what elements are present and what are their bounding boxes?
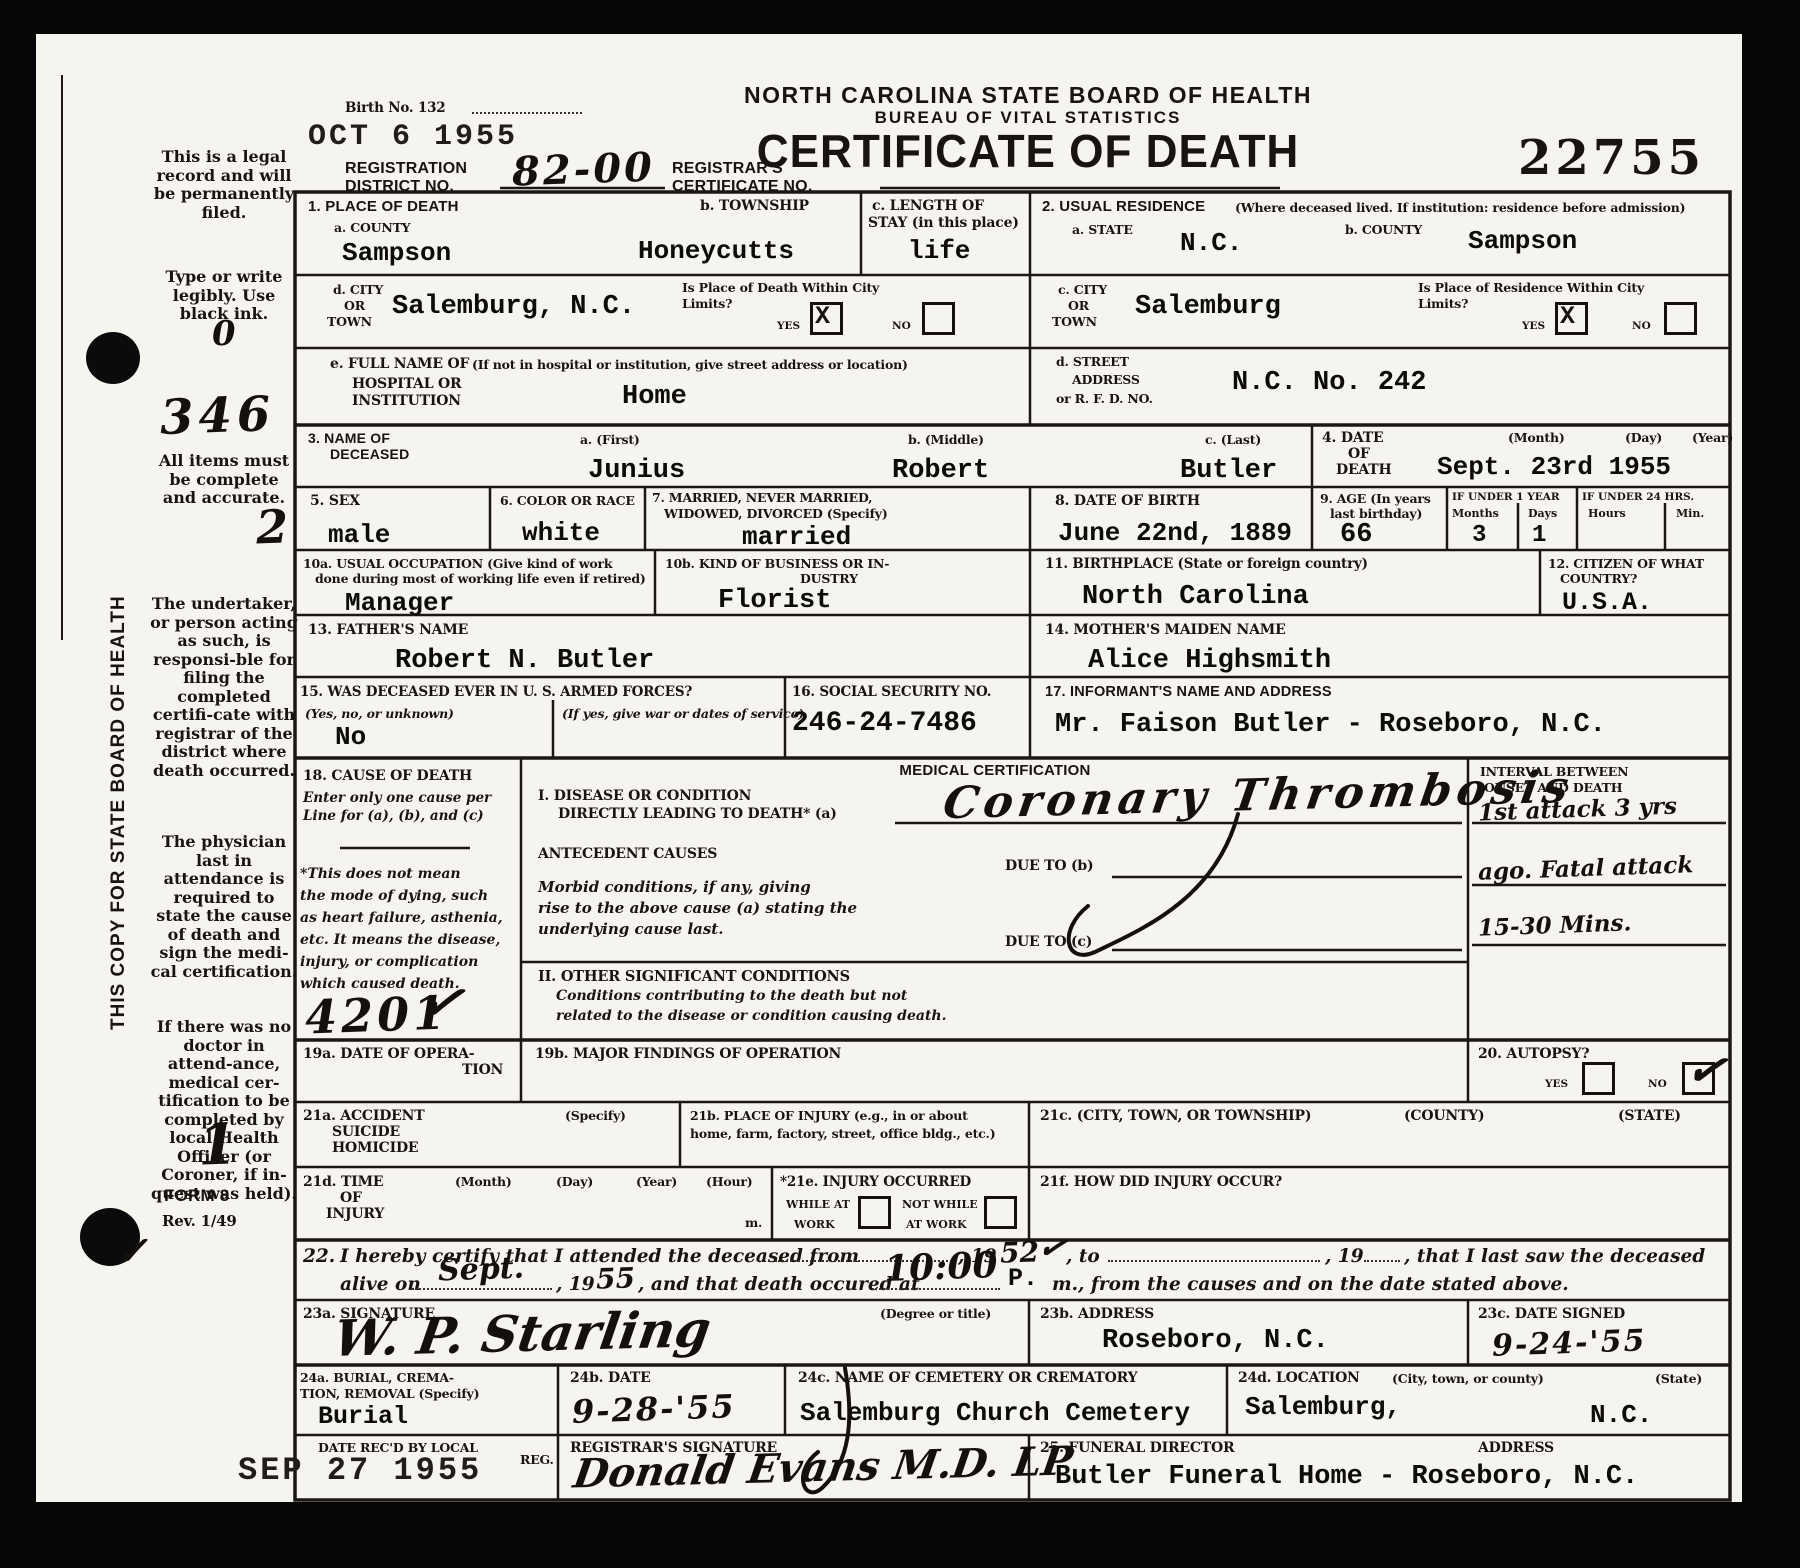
first-name-label: a. (First) (580, 432, 640, 447)
death-limits-question2: Limits? (682, 296, 732, 311)
street-label2: ADDRESS (1072, 372, 1140, 387)
last-name-label: c. (Last) (1205, 432, 1261, 447)
residence-limits-yes-mark: X (1560, 302, 1575, 331)
hospital-label: e. FULL NAME OF (330, 356, 469, 372)
first-name-value: Junius (588, 456, 685, 486)
name-of-deceased-label2: DECEASED (330, 446, 409, 462)
under-24-hrs-label: IF UNDER 24 HRS. (1582, 491, 1694, 503)
armed-forces-sub1: (Yes, no, or unknown) (305, 706, 454, 721)
location-state-value: N.C. (1590, 1400, 1652, 1430)
address-label: 23b. ADDRESS (1040, 1306, 1154, 1322)
city-label2: OR (344, 298, 365, 313)
citizen-value: U.S.A. (1562, 588, 1652, 617)
cause-note2-line: the mode of dying, such (300, 888, 488, 904)
accident-label: 21a. ACCIDENT (303, 1108, 424, 1124)
sex-value: male (328, 520, 390, 550)
registrar-cert-label2: CERTIFICATE NO. (672, 178, 812, 196)
residence-city-label2: OR (1068, 298, 1089, 313)
registration-district-label2: DISTRICT NO. (345, 178, 454, 196)
township-label: b. TOWNSHIP (700, 198, 809, 214)
armed-forces-value: No (335, 722, 366, 752)
cause-note1: Enter only one cause per (303, 790, 491, 806)
length-of-stay-label: c. LENGTH OF (872, 198, 984, 214)
marital-label2: WIDOWED, DIVORCED (Specify) (664, 506, 888, 521)
certify-time-handwritten: 10:00 (883, 1244, 998, 1290)
margin-handwritten-346: 346 (159, 386, 276, 446)
certify-text-9: m., from the causes and on the date stat… (1052, 1274, 1569, 1295)
homicide-label: HOMICIDE (332, 1140, 418, 1156)
time-of-injury-label2: OF (340, 1190, 362, 1206)
certify-text-6: alive on (340, 1274, 421, 1295)
residence-county-value: Sampson (1468, 226, 1577, 256)
age-value: 66 (1340, 520, 1372, 550)
birthplace-value: North Carolina (1082, 582, 1309, 612)
father-name-label: 13. FATHER'S NAME (308, 622, 468, 638)
cause-code-checkmark: ✓ (416, 969, 468, 1035)
morbid-note-line: Morbid conditions, if any, giving (538, 878, 811, 896)
length-of-stay-value: life (908, 236, 970, 266)
certify-text-5: , that I last saw the deceased (1404, 1246, 1705, 1267)
informant-value: Mr. Faison Butler - Roseboro, N.C. (1055, 710, 1606, 740)
death-limits-no-checkbox (922, 302, 955, 335)
usual-residence-note: (Where deceased lived. If institution: r… (1235, 200, 1685, 215)
hospital-note: (If not in hospital or institution, give… (472, 357, 908, 372)
residence-limits-yes-label: YES (1522, 320, 1545, 332)
residence-state-value: N.C. (1180, 228, 1242, 258)
injury-city-label: 21c. (CITY, TOWN, OR TOWNSHIP) (1040, 1108, 1311, 1124)
autopsy-label: 20. AUTOPSY? (1478, 1046, 1589, 1062)
date-received-label2: REG. (520, 1452, 554, 1467)
business-label2: DUSTRY (800, 571, 858, 586)
date-of-birth-label: 8. DATE OF BIRTH (1055, 493, 1200, 509)
citizen-label: 12. CITIZEN OF WHAT (1548, 556, 1704, 571)
length-of-stay-label2: STAY (in this place) (868, 215, 1019, 231)
burial-value: Burial (318, 1402, 408, 1431)
hospital-value: Home (622, 382, 687, 412)
board-title: NORTH CAROLINA STATE BOARD OF HEALTH (744, 82, 1312, 109)
date-of-death-value: Sept. 23rd 1955 (1437, 452, 1671, 482)
middle-name-label: b. (Middle) (908, 432, 984, 447)
residence-limits-question2: Limits? (1418, 296, 1468, 311)
informant-label: 17. INFORMANT'S NAME AND ADDRESS (1045, 684, 1332, 700)
interval-handwritten-line: 15-30 Mins. (1478, 909, 1632, 941)
margin-checkmark: ✓ (115, 1227, 148, 1273)
name-of-deceased-label: 3. NAME OF (308, 430, 390, 446)
punch-hole (86, 332, 140, 384)
while-at-work-label2: WORK (794, 1218, 835, 1231)
certificate-number: 22755 (1518, 130, 1705, 186)
morbid-note-line: rise to the above cause (a) stating the (538, 899, 857, 917)
certify-year-handwritten: 55 (595, 1261, 635, 1295)
margin-vertical-text: THIS COPY FOR STATE BOARD OF HEALTH (108, 600, 130, 1030)
major-findings-label: 19b. MAJOR FINDINGS OF OPERATION (535, 1046, 841, 1062)
marital-value: married (742, 522, 851, 552)
residence-city-value: Salemburg (1135, 292, 1281, 322)
cemetery-label: 24c. NAME OF CEMETERY OR CREMATORY (798, 1370, 1137, 1386)
location-state-note: (State) (1655, 1371, 1702, 1386)
mother-name-value: Alice Highsmith (1088, 646, 1331, 676)
days-value: 1 (1532, 522, 1546, 549)
form-revision: Rev. 1/49 (162, 1212, 237, 1230)
cause-note1b: Line for (a), (b), and (c) (303, 808, 484, 824)
handwriting-flourish (803, 814, 1238, 1492)
specify-label: (Specify) (565, 1108, 626, 1123)
funeral-director-label: 25. FUNERAL DIRECTOR (1040, 1440, 1234, 1456)
residence-state-label: a. STATE (1072, 222, 1133, 237)
residence-limits-question: Is Place of Residence Within City (1418, 280, 1644, 295)
death-limits-yes-mark: X (815, 302, 830, 331)
cause-note2-line: etc. It means the disease, (300, 932, 500, 948)
how-injury-occurred-label: 21f. HOW DID INJURY OCCUR? (1040, 1174, 1282, 1190)
degree-or-title-label: (Degree or title) (880, 1306, 991, 1321)
township-value: Honeycutts (638, 236, 794, 266)
certify-number: 22. (303, 1246, 335, 1267)
days-label: Days (1528, 507, 1557, 520)
occupation-value: Manager (345, 588, 454, 618)
antecedent-label: ANTECEDENT CAUSES (538, 846, 717, 862)
registration-district-label: REGISTRATION (345, 160, 467, 178)
certify-blank-year (1364, 1246, 1400, 1262)
injury-occurred-label: *21e. INJURY OCCURRED (780, 1174, 971, 1190)
county-value: Sampson (342, 238, 451, 268)
birth-no-blank (472, 98, 582, 114)
cause-note2-line: injury, or complication (300, 954, 478, 970)
margin-handwritten-2: 2 (255, 499, 289, 554)
injury-m-label: m. (745, 1215, 762, 1230)
min-label: Min. (1676, 507, 1704, 520)
disease-label2: DIRECTLY LEADING TO DEATH* (a) (558, 806, 837, 822)
due-to-b-label: DUE TO (b) (1005, 858, 1093, 874)
marital-label: 7. MARRIED, NEVER MARRIED, (652, 490, 872, 505)
last-name-value: Butler (1180, 456, 1277, 486)
margin-handwritten-zero: 0 (211, 314, 236, 355)
other-conditions-note: Conditions contributing to the death but… (556, 988, 907, 1004)
cause-note2-line: as heart failure, asthenia, (300, 910, 503, 926)
location-note: (City, town, or county) (1392, 1371, 1544, 1386)
burial-date-label: 24b. DATE (570, 1370, 651, 1386)
while-at-work-label: WHILE AT (786, 1198, 850, 1211)
morbid-note-line: underlying cause last. (538, 920, 723, 938)
street-label3: or R. F. D. NO. (1056, 391, 1153, 406)
injury-year-label: (Year) (636, 1174, 677, 1189)
hours-label: Hours (1588, 507, 1626, 520)
location-value: Salemburg, (1245, 1392, 1401, 1422)
residence-limits-no-checkbox (1664, 302, 1697, 335)
occupation-label2: done during most of working life even if… (315, 571, 646, 586)
death-limits-yes-label: YES (777, 320, 800, 332)
place-of-death-label: 1. PLACE OF DEATH (308, 198, 459, 215)
residence-county-label: b. COUNTY (1345, 222, 1422, 237)
date-of-operation-label: 19a. DATE OF OPERA- (303, 1046, 474, 1062)
injury-county-label: (COUNTY) (1404, 1108, 1484, 1124)
funeral-director-value: Butler Funeral Home - Roseboro, N.C. (1055, 1462, 1638, 1492)
physician-signature: W. P. Starling (330, 1299, 715, 1368)
location-label: 24d. LOCATION (1238, 1370, 1360, 1386)
autopsy-yes-label: YES (1545, 1078, 1568, 1090)
certify-text-3: , to (1066, 1246, 1100, 1267)
injury-month-label: (Month) (455, 1174, 512, 1189)
not-while-at-work-label2: AT WORK (906, 1218, 967, 1231)
date-of-death-label3: DEATH (1336, 462, 1392, 478)
father-name-value: Robert N. Butler (395, 646, 654, 676)
residence-city-label: c. CITY (1058, 282, 1107, 297)
cause-of-death-label: 18. CAUSE OF DEATH (303, 768, 472, 784)
other-conditions-note2: related to the disease or condition caus… (556, 1008, 946, 1024)
due-to-c-label: DUE TO (c) (1005, 934, 1092, 950)
business-value: Florist (718, 586, 831, 616)
certify-blank-to (1108, 1246, 1320, 1262)
page-title: CERTIFICATE OF DEATH (757, 124, 1300, 178)
armed-forces-sub2: (If yes, give war or dates of service) (562, 706, 804, 721)
street-label: d. STREET (1056, 354, 1129, 369)
birth-no-label: Birth No. 132 (345, 100, 446, 116)
district-no-value: 82-00 (511, 144, 655, 196)
date-of-birth-value: June 22nd, 1889 (1058, 518, 1292, 548)
date-of-death-label2: OF (1348, 446, 1370, 462)
date-signed-value: 9-24-'55 (1491, 1323, 1647, 1363)
city-label3: TOWN (327, 314, 372, 329)
mother-name-label: 14. MOTHER'S MAIDEN NAME (1045, 622, 1286, 638)
date-signed-label: 23c. DATE SIGNED (1478, 1306, 1625, 1322)
certify-text-4: , 19 (1325, 1246, 1364, 1267)
funeral-address-label: ADDRESS (1478, 1440, 1554, 1456)
disease-label: I. DISEASE OR CONDITION (538, 788, 751, 804)
birthplace-label: 11. BIRTHPLACE (State or foreign country… (1045, 556, 1368, 572)
death-limits-question: Is Place of Death Within City (682, 280, 879, 295)
margin-handwritten-1: 1 (197, 1111, 238, 1178)
residence-city-label3: TOWN (1052, 314, 1097, 329)
hospital-label2: HOSPITAL OR (352, 376, 461, 392)
months-value: 3 (1472, 522, 1486, 549)
form-number: FORM 8 (164, 1186, 229, 1206)
not-while-at-work-checkbox (984, 1196, 1017, 1229)
burial-label2: TION, REMOVAL (Specify) (300, 1386, 479, 1401)
interval-label2: ONSET AND DEATH (1484, 780, 1622, 795)
age-label: 9. AGE (In years (1320, 491, 1431, 506)
time-of-injury-label3: INJURY (326, 1206, 384, 1222)
injury-day-label: (Day) (556, 1174, 593, 1189)
residence-limits-no-label: NO (1632, 320, 1651, 332)
burial-label: 24a. BURIAL, CREMA- (300, 1370, 454, 1385)
cemetery-value: Salemburg Church Cemetery (800, 1398, 1190, 1428)
citizen-label2: COUNTRY? (1560, 571, 1637, 586)
certify-month-handwritten: Sept. (437, 1251, 524, 1289)
date-of-death-label: 4. DATE (1322, 430, 1383, 446)
received-date-stamp: OCT 6 1955 (308, 120, 518, 154)
burial-date-value: 9-28-'55 (571, 1387, 736, 1431)
sex-label: 5. SEX (310, 493, 360, 509)
cause-note2-line: *This does not mean (300, 866, 461, 882)
ssn-label: 16. SOCIAL SECURITY NO. (792, 684, 991, 700)
other-conditions-label: II. OTHER SIGNIFICANT CONDITIONS (538, 968, 850, 985)
armed-forces-label: 15. WAS DECEASED EVER IN U. S. ARMED FOR… (300, 684, 692, 700)
under-1-year-label: IF UNDER 1 YEAR (1452, 491, 1560, 503)
ssn-value: 246-24-7486 (792, 708, 977, 739)
hospital-label3: INSTITUTION (352, 393, 461, 409)
death-limits-no-label: NO (892, 320, 911, 332)
place-of-injury-label2: home, farm, factory, street, office bldg… (690, 1126, 995, 1141)
death-year-label: (Year) (1692, 430, 1733, 445)
autopsy-no-label: NO (1648, 1078, 1667, 1090)
injury-state-label: (STATE) (1618, 1108, 1681, 1124)
interval-label: INTERVAL BETWEEN (1480, 764, 1628, 779)
not-while-at-work-label: NOT WHILE (902, 1198, 978, 1211)
place-of-injury-label: 21b. PLACE OF INJURY (e.g., in or about (690, 1108, 968, 1123)
occupation-label: 10a. USUAL OCCUPATION (Give kind of work (303, 556, 612, 571)
margin-physician-note: The physician last in attendance is requ… (150, 833, 298, 981)
injury-hour-label: (Hour) (706, 1174, 752, 1189)
while-at-work-checkbox (858, 1196, 891, 1229)
race-value: white (522, 518, 600, 548)
middle-name-value: Robert (892, 456, 989, 486)
address-value: Roseboro, N.C. (1102, 1326, 1329, 1356)
date-of-operation-label2: TION (462, 1062, 503, 1078)
age-label2: last birthday) (1330, 506, 1422, 521)
suicide-label: SUICIDE (332, 1124, 400, 1140)
death-month-label: (Month) (1508, 430, 1565, 445)
autopsy-yes-checkbox (1582, 1062, 1615, 1095)
margin-undertaker-note: The undertaker, or person acting as such… (150, 595, 298, 780)
county-label: a. COUNTY (334, 220, 410, 235)
death-certificate-scan: This is a legal record and will be perma… (0, 0, 1800, 1568)
months-label: Months (1452, 507, 1499, 520)
time-of-injury-label: 21d. TIME (303, 1174, 383, 1190)
registrar-cert-label: REGISTRAR'S (672, 160, 783, 178)
race-label: 6. COLOR OR RACE (500, 493, 635, 508)
death-day-label: (Day) (1625, 430, 1662, 445)
street-value: N.C. No. 242 (1232, 368, 1426, 398)
certify-text-7: , 19 (556, 1274, 595, 1295)
business-label: 10b. KIND OF BUSINESS OR IN- (665, 556, 889, 571)
city-value: Salemburg, N.C. (392, 292, 635, 322)
certify-pm-typed: P. (1008, 1264, 1038, 1293)
city-label: d. CITY (333, 282, 383, 297)
date-received-stamp: SEP 27 1955 (238, 1452, 482, 1489)
margin-legal-note: This is a legal record and will be perma… (150, 148, 298, 222)
usual-residence-label: 2. USUAL RESIDENCE (1042, 198, 1205, 215)
